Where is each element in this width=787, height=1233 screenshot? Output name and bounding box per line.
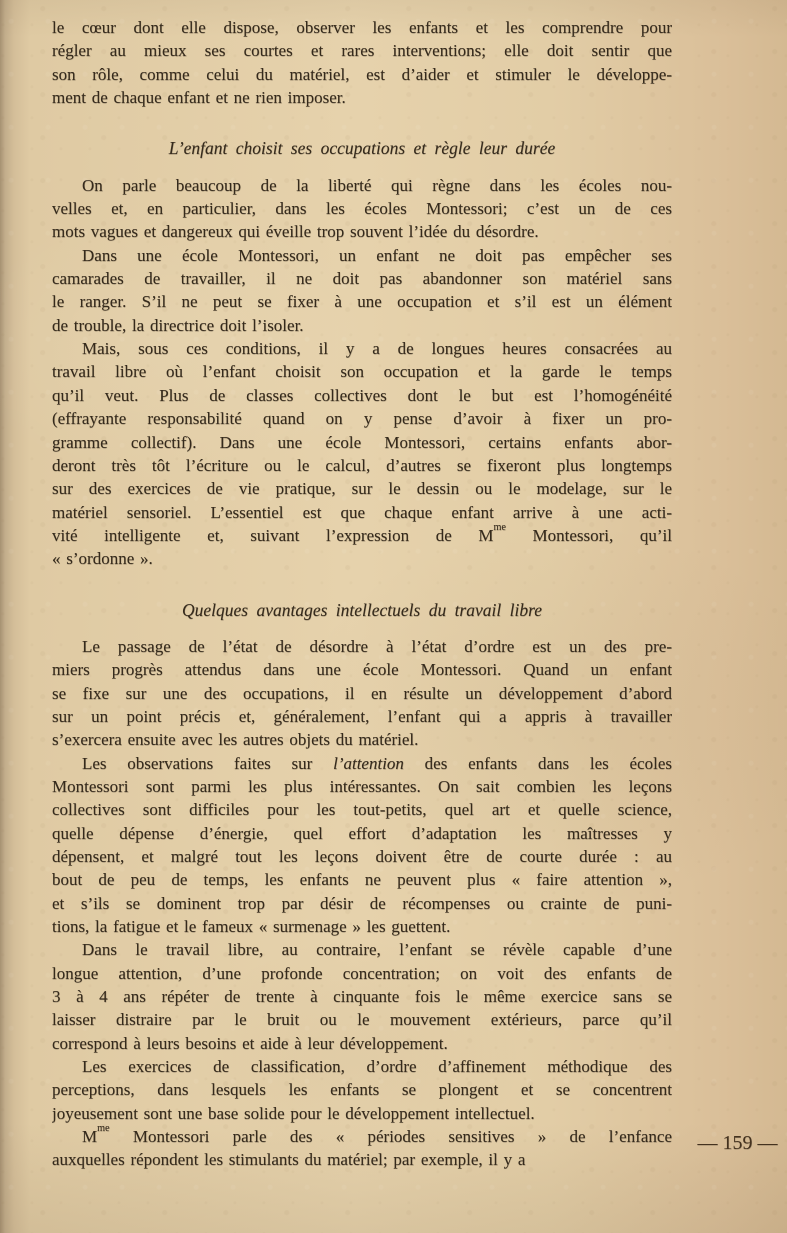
text-line: auxquelles répondent les stimulants du m… bbox=[52, 1148, 672, 1171]
text-line: « s’ordonne ». bbox=[52, 547, 672, 570]
text-line: et s’ils se dominent trop par désir de r… bbox=[52, 892, 672, 915]
text-line: Le passage de l’état de désordre à l’éta… bbox=[52, 635, 672, 658]
text-line: correspond à leurs besoins et aide à leu… bbox=[52, 1032, 672, 1055]
paragraph: On parle beaucoup de la liberté qui règn… bbox=[52, 174, 672, 244]
text-line: quelle dépense d’énergie, quel effort d’… bbox=[52, 822, 672, 845]
text-line: s’exercera ensuite avec les autres objet… bbox=[52, 728, 672, 751]
text-line: régler au mieux ses courtes et rares int… bbox=[52, 39, 672, 62]
scanned-book-page: { "page": { "number": "159", "number_dis… bbox=[0, 0, 787, 1233]
text-line: mots vagues et dangereux qui éveille tro… bbox=[52, 220, 672, 243]
text-line: bout de peu de temps, les enfants ne peu… bbox=[52, 868, 672, 891]
text-line: sur un point précis et, généralement, l’… bbox=[52, 705, 672, 728]
paragraph: Dans le travail libre, au contraire, l’e… bbox=[52, 938, 672, 1055]
text-column: le cœur dont elle dispose, observer les … bbox=[52, 16, 672, 1172]
text-line: laisser distraire par le bruit ou le mou… bbox=[52, 1008, 672, 1031]
text-line: de trouble, la directrice doit l’isoler. bbox=[52, 314, 672, 337]
text-line: Dans le travail libre, au contraire, l’e… bbox=[52, 938, 672, 961]
text-line: velles et, en particulier, dans les écol… bbox=[52, 197, 672, 220]
text-line: dépensent, et malgré tout les leçons doi… bbox=[52, 845, 672, 868]
section-heading: Quelques avantages intellectuels du trav… bbox=[52, 599, 672, 622]
text-line: 3 à 4 ans répéter de trente à cinquante … bbox=[52, 985, 672, 1008]
text-line: qu’il veut. Plus de classes collectives … bbox=[52, 384, 672, 407]
text-line: collectives sont difficiles pour les tou… bbox=[52, 798, 672, 821]
text-line: ment de chaque enfant et ne rien imposer… bbox=[52, 86, 672, 109]
text-line: Montessori sont parmi les plus intéressa… bbox=[52, 775, 672, 798]
text-line: le cœur dont elle dispose, observer les … bbox=[52, 16, 672, 39]
text-line: miers progrès attendus dans une école Mo… bbox=[52, 658, 672, 681]
text-line: joyeusement sont une base solide pour le… bbox=[52, 1102, 672, 1125]
text-line: vité intelligente et, suivant l’expressi… bbox=[52, 524, 672, 547]
paragraph: le cœur dont elle dispose, observer les … bbox=[52, 16, 672, 109]
text-line: travail libre où l’enfant choisit son oc… bbox=[52, 360, 672, 383]
paragraph: Dans une école Montessori, un enfant ne … bbox=[52, 244, 672, 337]
text-line: le ranger. S’il ne peut se fixer à une o… bbox=[52, 290, 672, 313]
paragraph: Mais, sous ces conditions, il y a de lon… bbox=[52, 337, 672, 570]
section-heading: L’enfant choisit ses occupations et règl… bbox=[52, 137, 672, 160]
text-line: sur des exercices de vie pratique, sur l… bbox=[52, 477, 672, 500]
text-line: matériel sensoriel. L’essentiel est que … bbox=[52, 501, 672, 524]
superscript-text: me bbox=[493, 524, 505, 533]
paragraph: Mme Montessori parle des « périodes sens… bbox=[52, 1125, 672, 1172]
text-line: Les exercices de classification, d’ordre… bbox=[52, 1055, 672, 1078]
italic-text: l’attention bbox=[333, 754, 404, 773]
text-line: (effrayante responsabilité quand on y pe… bbox=[52, 407, 672, 430]
text-line: Dans une école Montessori, un enfant ne … bbox=[52, 244, 672, 267]
text-line: Mme Montessori parle des « périodes sens… bbox=[52, 1125, 672, 1148]
text-line: se fixe sur une des occupations, il en r… bbox=[52, 682, 672, 705]
text-line: Mais, sous ces conditions, il y a de lon… bbox=[52, 337, 672, 360]
text-line: perceptions, dans lesquels les enfants s… bbox=[52, 1078, 672, 1101]
text-line: tions, la fatigue et le fameux « surmena… bbox=[52, 915, 672, 938]
page: le cœur dont elle dispose, observer les … bbox=[0, 0, 787, 1233]
text-line: Les observations faites sur l’attention … bbox=[52, 752, 672, 775]
text-line: longue attention, d’une profonde concent… bbox=[52, 962, 672, 985]
page-number: — 159 — bbox=[690, 1132, 785, 1155]
paragraph: Les observations faites sur l’attention … bbox=[52, 752, 672, 939]
text-line: camarades de travailler, il ne doit pas … bbox=[52, 267, 672, 290]
paragraph: Les exercices de classification, d’ordre… bbox=[52, 1055, 672, 1125]
text-line: On parle beaucoup de la liberté qui règn… bbox=[52, 174, 672, 197]
text-line: son rôle, comme celui du matériel, est d… bbox=[52, 63, 672, 86]
text-line: gramme collectif). Dans une école Montes… bbox=[52, 431, 672, 454]
superscript-text: me bbox=[97, 1125, 109, 1134]
text-line: deront très tôt l’écriture ou le calcul,… bbox=[52, 454, 672, 477]
paragraph: Le passage de l’état de désordre à l’éta… bbox=[52, 635, 672, 752]
